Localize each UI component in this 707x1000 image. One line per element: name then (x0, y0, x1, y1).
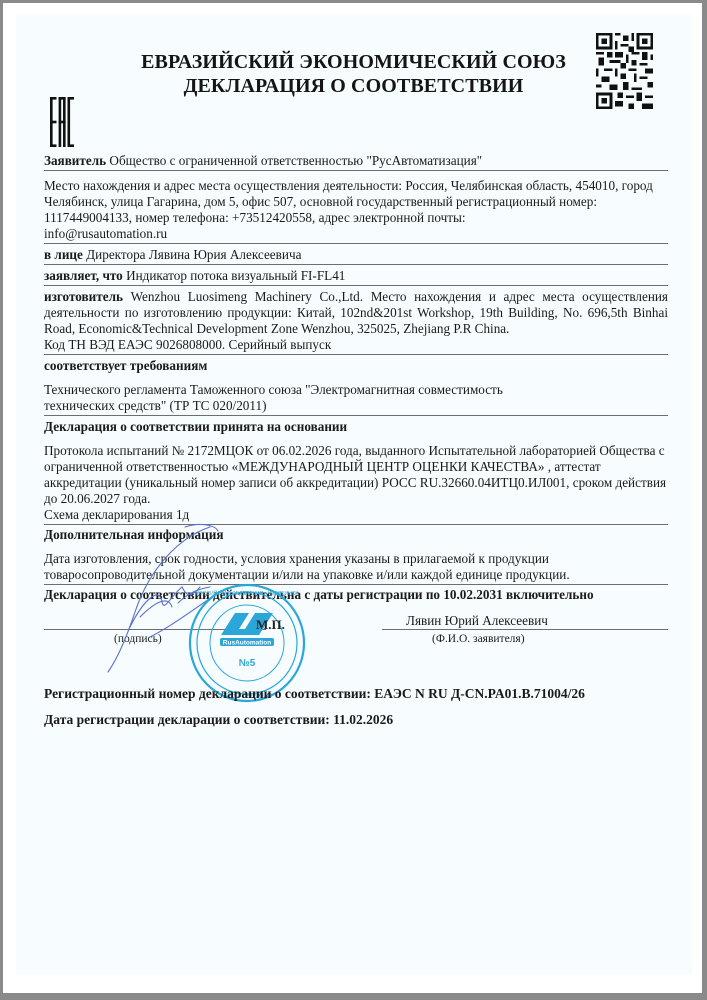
stamp-number: №5 (239, 658, 256, 669)
applicant-value: Общество с ограниченной ответственностью… (109, 153, 482, 168)
requirements-label-row: соответствует требованиям (44, 355, 668, 375)
basis-label: Декларация о соответствии принята на осн… (44, 419, 347, 434)
qr-code-icon (596, 33, 653, 109)
basis-value-row: Протокола испытаний № 2172МЦОК от 06.02.… (44, 442, 668, 525)
represented-value: Директора Лявина Юрия Алексеевича (86, 247, 301, 262)
email-link[interactable]: info@rusautomation.ru (44, 226, 668, 242)
tnved-code: Код ТН ВЭД ЕАЭС 9026808000. Серийный вып… (44, 337, 668, 353)
product-name: Индикатор потока визуальный FI-FL41 (126, 268, 345, 283)
requirements-value-row: Технического регламента Таможенного союз… (44, 381, 668, 416)
applicant-row: Заявитель Общество с ограниченной ответс… (44, 152, 668, 171)
basis-label-row: Декларация о соответствии принята на осн… (44, 416, 668, 436)
represented-row: в лице Директора Лявина Юрия Алексеевича (44, 244, 668, 265)
company-seal-icon: №5 РОССИЙСКАЯ ФЕДЕРАЦИЯ · ЧЕЛЯБИНСК ОГРН… (187, 583, 307, 703)
applicant-label: Заявитель (44, 153, 106, 168)
requirements-label: соответствует требованиям (44, 358, 207, 373)
svg-text:RusAutomation: RusAutomation (223, 640, 271, 647)
name-line (382, 629, 668, 630)
registration-number: Регистрационный номер декларации о соотв… (44, 686, 585, 702)
name-caption: (Ф.И.О. заявителя) (432, 633, 525, 645)
basis-value: Протокола испытаний № 2172МЦОК от 06.02.… (44, 443, 668, 507)
declares-label: заявляет, что (44, 268, 123, 283)
eac-logo-icon (50, 97, 74, 147)
signer-name: Лявин Юрий Алексеевич (406, 613, 548, 629)
address-text: Место нахождения и адрес места осуществл… (44, 178, 668, 226)
address-row: Место нахождения и адрес места осуществл… (44, 177, 668, 244)
manufacturer-value: Wenzhou Luosimeng Machinery Co.,Ltd. Мес… (44, 289, 668, 336)
requirements-value: Технического регламента Таможенного союз… (44, 382, 524, 414)
represented-label: в лице (44, 247, 83, 262)
svg-text:РОССИЙСКАЯ ФЕДЕРАЦИЯ · ЧЕЛЯБИН: РОССИЙСКАЯ ФЕДЕРАЦИЯ · ЧЕЛЯБИНСК (196, 589, 299, 597)
registration-date: Дата регистрации декларации о соответств… (44, 712, 393, 728)
stamp-placeholder: М.П. (256, 617, 285, 633)
manufacturer-label: изготовитель (44, 289, 123, 304)
declares-row: заявляет, что Индикатор потока визуальны… (44, 265, 668, 286)
manufacturer-row: изготовитель Wenzhou Luosimeng Machinery… (44, 286, 668, 355)
